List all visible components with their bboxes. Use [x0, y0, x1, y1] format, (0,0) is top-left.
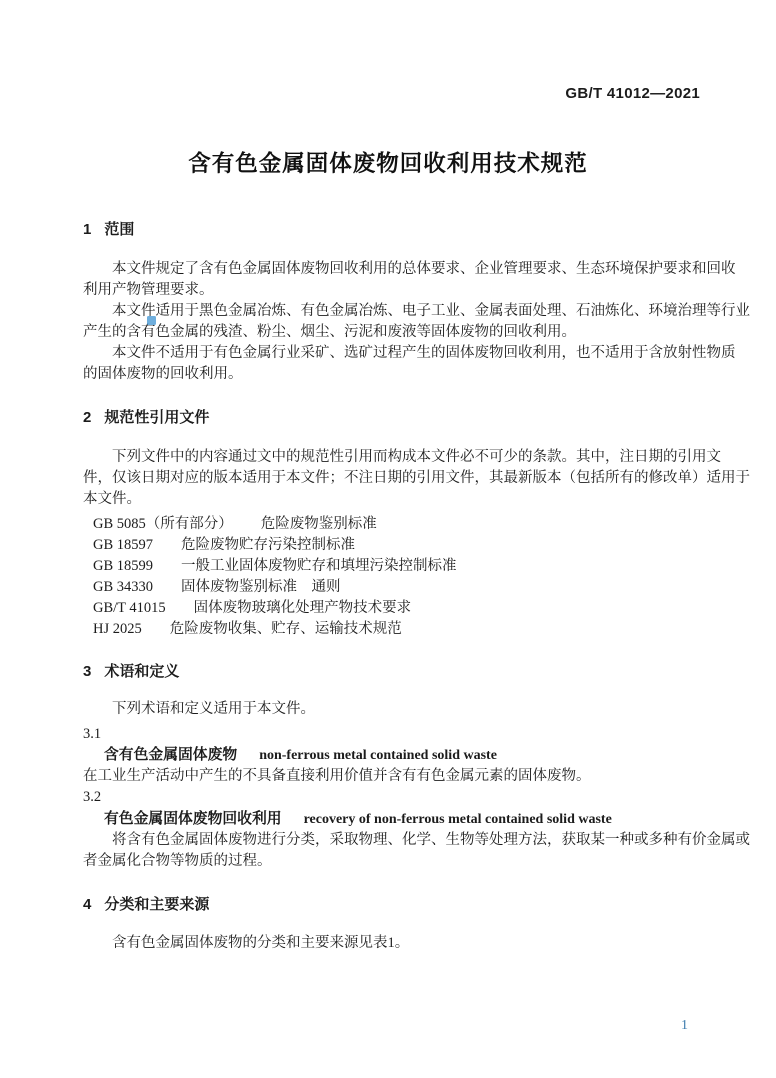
terms-intro: 下列术语和定义适用于本文件。 [83, 699, 703, 720]
reference-code: GB 18599 [93, 558, 153, 574]
term-definition: 将含有色金属固体废物进行分类，采取物理、化学、生物等处理方法，获取某一种或多种有… [83, 830, 703, 872]
reference-title: 危险废物收集、贮存、运输技术规范 [170, 621, 402, 637]
page-number: 1 [681, 1017, 688, 1035]
reference-item: GB/T 41015固体废物玻璃化处理产物技术要求 [83, 598, 703, 619]
term-clause-number: 3.2 [83, 787, 703, 808]
section-normative-heading: 2规范性引用文件 [83, 407, 703, 428]
section-scope-heading: 1范围 [83, 219, 703, 240]
reference-title: 固体废物玻璃化处理产物技术要求 [194, 600, 412, 616]
document-page: GB/T 41012—2021 含有色金属固体废物回收利用技术规范 1范围 本文… [0, 0, 776, 1078]
reference-code: GB 34330 [93, 579, 153, 595]
section-title: 规范性引用文件 [104, 409, 209, 426]
section-number: 3 [83, 663, 91, 680]
reference-item: GB 18599一般工业固体废物贮存和填埋污染控制标准 [83, 556, 703, 577]
section-number: 2 [83, 409, 91, 426]
reference-item: HJ 2025危险废物收集、贮存、运输技术规范 [83, 619, 703, 640]
text-line: 本文件不适用于有色金属行业采矿、选矿过程产生的固体废物回收利用，也不适用于含放射… [83, 343, 703, 364]
normative-reference-list: GB 5085（所有部分）危险废物鉴别标准 GB 18597危险废物贮存污染控制… [83, 514, 703, 640]
text-line: 在工业生产活动中产生的不具备直接利用价值并含有有色金属元素的固体废物。 [83, 766, 703, 787]
section-number: 1 [83, 221, 91, 238]
text-line: 下列术语和定义适用于本文件。 [83, 699, 703, 720]
reference-item: GB 18597危险废物贮存污染控制标准 [83, 535, 703, 556]
reference-code: HJ 2025 [93, 621, 142, 637]
term-english: recovery of non-ferrous metal contained … [304, 812, 612, 827]
text-line: 将含有色金属固体废物进行分类，采取物理、化学、生物等处理方法，获取某一种或多种有… [83, 830, 703, 851]
text-line: 产生的含有色金属的残渣、粉尘、烟尘、污泥和废液等固体废物的回收利用。 [83, 322, 703, 343]
scan-highlight-artifact [147, 316, 156, 325]
section-classification-heading: 4分类和主要来源 [83, 894, 703, 915]
reference-title: 一般工业固体废物贮存和填埋污染控制标准 [181, 558, 457, 574]
text-line: 的固体废物的回收利用。 [83, 364, 703, 385]
reference-item: GB 34330固体废物鉴别标准 通则 [83, 577, 703, 598]
text-line: 本文件规定了含有色金属固体废物回收利用的总体要求、企业管理要求、生态环境保护要求… [83, 259, 703, 280]
text-line: 件，仅该日期对应的版本适用于本文件；不注日期的引用文件，其最新版本（包括所有的修… [83, 468, 703, 489]
reference-item: GB 5085（所有部分）危险废物鉴别标准 [83, 514, 703, 535]
text-line: 者金属化合物等物质的过程。 [83, 851, 703, 872]
section-title: 术语和定义 [104, 663, 179, 680]
reference-code: GB/T 41015 [93, 600, 166, 616]
term-entry: 含有色金属固体废物non-ferrous metal contained sol… [83, 745, 724, 766]
text-line: 下列文件中的内容通过文中的规范性引用而构成本文件必不可少的条款。其中，注日期的引… [83, 447, 703, 468]
term-definition: 在工业生产活动中产生的不具备直接利用价值并含有有色金属元素的固体废物。 [83, 766, 703, 787]
document-title: 含有色金属固体废物回收利用技术规范 [0, 148, 776, 180]
reference-title: 固体废物鉴别标准 通则 [181, 579, 341, 595]
section-title: 范围 [104, 221, 134, 238]
reference-title: 危险废物贮存污染控制标准 [181, 537, 355, 553]
section-normative-intro: 下列文件中的内容通过文中的规范性引用而构成本文件必不可少的条款。其中，注日期的引… [83, 447, 703, 510]
term-chinese: 有色金属固体废物回收利用 [104, 811, 282, 827]
text-line: 本文件。 [83, 489, 703, 510]
reference-code: GB 5085（所有部分） [93, 516, 233, 532]
reference-code: GB 18597 [93, 537, 153, 553]
text-line: 含有色金属固体废物的分类和主要来源见表1。 [83, 933, 703, 954]
standard-code: GB/T 41012—2021 [565, 85, 700, 102]
term-entry: 有色金属固体废物回收利用recovery of non-ferrous meta… [83, 809, 724, 830]
term-clause-number: 3.1 [83, 724, 703, 745]
text-line: 本文件适用于黑色金属冶炼、有色金属冶炼、电子工业、金属表面处理、石油炼化、环境治… [83, 301, 703, 322]
term-english: non-ferrous metal contained solid waste [259, 748, 497, 763]
text-line: 利用产物管理要求。 [83, 280, 703, 301]
section-scope-body: 本文件规定了含有色金属固体废物回收利用的总体要求、企业管理要求、生态环境保护要求… [83, 259, 703, 385]
reference-title: 危险废物鉴别标准 [261, 516, 377, 532]
section-number: 4 [83, 896, 91, 913]
term-chinese: 含有色金属固体废物 [104, 747, 237, 763]
section-title: 分类和主要来源 [104, 896, 209, 913]
section-terms-heading: 3术语和定义 [83, 661, 703, 682]
section-classification-body: 含有色金属固体废物的分类和主要来源见表1。 [83, 933, 703, 954]
